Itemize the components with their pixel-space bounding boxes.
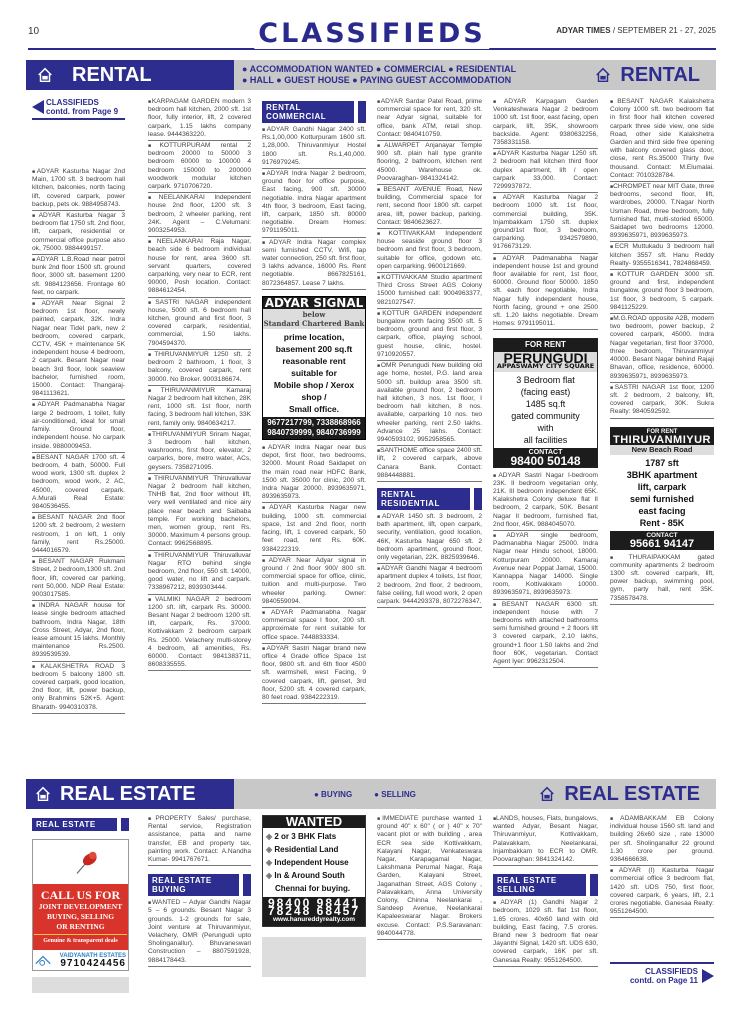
grey-spacer [262,937,366,977]
wanted-item: ◈ In & Around South [266,869,362,882]
classified-ad: ALWARPET Anjanayar Temple 900 sft. plain… [377,142,482,185]
ad-company: VAIDYANATH ESTATES 9710424456 [33,950,128,970]
wanted-tail: Chennai for buying. [266,882,362,895]
ad-line: OR RENTING [34,922,127,935]
display-ad-contact: CONTACT 95661 94147 [610,531,714,549]
classified-ad: WANTED – Adyar Gandhi Nagar 5 – 6 ground… [148,899,251,967]
wanted-item-label: Residential Land [274,845,338,854]
classified-ad: ADYAR Near Adyar signal in ground / 2nd … [262,557,366,608]
display-ad-body: prime location, basement 200 sq.ft reaso… [263,329,365,417]
display-ad-contact: CONTACT 98400 50148 [494,448,597,466]
ad-red-panel: CALL US FOR JOINT DEVELOPMENT BUYING, SE… [33,884,128,950]
classified-ad: ADYAR (1) Gandhi Nagar 2 bedroom, 1029 s… [493,899,598,967]
ad-line: all facilities [494,434,597,446]
grey-spacer [32,977,129,993]
real-estate-column-5: LANDS, houses, Flats, bungalows, wanted … [493,815,598,968]
ad-line: reasonable rent [263,355,365,367]
classified-ad: THIRUVANMIYUR Thiruvalluvar Nagar RTO be… [148,552,251,595]
ad-tagline: Genuine & transparent deals [34,935,127,946]
heading-line: RENTAL [381,490,466,499]
classified-ad: ADYAR 1450 sft. 3 bedroom, 2 bath apartm… [377,513,482,564]
wanted-item: ◈ Independent House [266,856,362,869]
classified-ad: THIRUVANMIYUR Kamaraj Nagar 2 bedroom ha… [148,387,251,430]
real-estate-band-label: REAL ESTATE [26,779,234,809]
classified-ad: ADYAR Padmanabha Nagar large 2 bedroom, … [32,401,125,452]
rental-column-6: BESANT NAGAR Kalakshetra Colony 1000 sft… [610,98,714,606]
display-ad-body: 3 Bedroom flat (facing east) 1485 sq.ft … [494,372,597,448]
page-title: CLASSIFIEDS [254,18,489,49]
classified-ad: KOTTUR GARDEN 3000 sft. ground and first… [610,271,714,314]
classified-ad: VALMIKI NAGAR 2 bedroom 1200 sft. lift, … [148,596,251,672]
ad-website: www.hanureddyrealty.com [263,916,365,924]
classified-ad: THIRUVANMIYUR Thiruvalluvar Nagar 2 bedr… [148,475,251,551]
ad-line: 1787 sft [610,457,714,469]
classified-ad: KOTTIVAKKAM Independent house seaside gr… [377,230,482,273]
ad-phone: 95661 94147 [610,540,714,548]
heading-line: REAL ESTATE [497,876,582,885]
vaidyanath-display-ad: CALL US FOR JOINT DEVELOPMENT BUYING, SE… [32,839,129,971]
ad-line: Mobile shop / Xerox shop / [263,379,365,403]
real-estate-section-band: REAL ESTATE ● BUYING ● SELLING REAL ESTA… [26,779,716,809]
real-estate-column-6: ADAMBAKKAM EB Colony individual house 15… [610,815,714,985]
wanted-item-label: In & Around South [274,871,344,880]
classified-ad: OMR Perungudi New building old age home,… [377,362,482,446]
ad-line: 3 Bedroom flat [494,374,597,386]
classified-ad: ADYAR Gandhi Nagar 4 bedroom apartment d… [377,565,482,608]
classified-ad: ADYAR Sastri Nagar I-bedroom 23K. II bed… [493,472,598,531]
contd-from-title: CLASSIFIEDS [46,98,125,107]
classified-ad: BESANT NAGAR 2nd floor 1200 sft. 2 bedro… [32,514,125,557]
company-phone: 9710424456 [51,960,126,968]
heading-line: RESIDENTIAL [381,499,466,508]
rental-categories-line2: ● HALL ● GUEST HOUSE ● PAYING GUEST ACCO… [242,75,594,86]
classified-ad: LANDS, houses, Flats, bungalows, wanted … [493,815,598,866]
classified-ad: ADYAR Sastri Nagar brand new office 4 Gr… [262,645,366,704]
classified-ad: SASTRI NAGAR 1st floor, 1200 sft. 2 bedr… [610,384,714,419]
rental-title-right: RENTAL [620,64,700,87]
classified-ad: THIRUVANMIYUR Sriram Nagar, 3 bedroom ha… [148,431,251,474]
heading-line: RENTAL [266,103,350,112]
ad-line: semi furnished [610,493,714,505]
classified-ad: M.G.ROAD opposite A2B, modern two bedroo… [610,315,714,383]
classified-ad: ADYAR Karpagam Garden Venkateshwara Naga… [493,98,598,149]
real-estate-column-4: IMMEDIATE purchase wanted 1 ground 40" x… [377,815,482,941]
rental-column-1: CLASSIFIEDS contd. from Page 9 ADYAR Kas… [32,98,125,715]
ad-line: below [263,310,365,319]
rental-column-5: ADYAR Karpagam Garden Venkateshwara Naga… [493,98,598,669]
classified-ad: SASTRI NAGAR independent house, 5000 sft… [148,299,251,350]
ad-line: Small office. [263,403,365,415]
ad-line: with [494,422,597,434]
classified-ad: ADYAR (I) Kasturba Nagar commercial offi… [610,867,714,918]
real-estate-title-right: REAL ESTATE [564,783,700,806]
rental-band-label: RENTAL [26,60,234,90]
adyar-signal-display-ad: ADYAR SIGNAL below Standard Chartered Ba… [262,296,366,440]
display-ad-contact: 98400 98441 78248 68457 www.hanureddyrea… [263,897,365,926]
rental-column-4: ADYAR Sardar Patel Road, prime commercia… [377,98,482,609]
classified-ad: KALAKSHETRA ROAD 3 bedroom 5 balcony 180… [32,663,125,714]
heading-line: SELLING [497,885,582,894]
contd-on-badge: CLASSIFIEDS contd. on Page 11 [610,962,714,985]
category-selling: ● SELLING [374,789,416,800]
classified-ad: ADYAR Near Signal 2 bedroom 1st floor, n… [32,300,125,400]
rental-section-band: RENTAL ● ACCOMMODATION WANTED ● COMMERCI… [26,60,716,90]
ad-line: CALL US FOR [34,888,127,902]
house-icon [538,785,556,803]
contd-on-title: CLASSIFIEDS [610,967,698,976]
contd-from-page: contd. from Page 9 [46,107,125,116]
classified-ad: SANTHOME office space 2400 sft. lift, 2 … [377,447,482,482]
rental-title: RENTAL [72,64,152,87]
wanted-item-label: Independent House [274,858,348,867]
publication-name: ADYAR TIMES [556,26,610,35]
display-ad-place: PERUNGUDI APPASWAMY CITY SQUARE [494,352,597,372]
ad-line: 3BHK apartment [610,469,714,481]
display-ad-header: FOR RENT THIRUVANMIYUR [610,427,714,445]
ad-line: prime location, [263,331,365,343]
ad-phone: 78248 68457 [263,907,365,915]
classified-ad: KOTTURPURAM rental 2 bedroom 20000 to 50… [148,142,251,193]
classified-ad: NEELANKARAI Raja Nagar, beach side 6 bed… [148,238,251,297]
ad-line: Standard Chartered Bank [263,319,365,328]
contd-from-badge: CLASSIFIEDS contd. from Page 9 [32,98,125,120]
display-ad-body: ◈ 2 or 3 BHK Flats ◈ Residential Land ◈ … [263,828,365,897]
category-buying: ● BUYING [314,789,352,800]
classified-ad: BESANT NAGAR Kalakshetra Colony 1000 sft… [610,98,714,182]
classified-ad: BESANT NAGAR Rukmani Street, 2 bedroom,1… [32,558,125,601]
heading-line: REAL ESTATE [152,876,235,885]
classified-ad: ADYAR Padmanabha Nagar independent house… [493,255,598,331]
classified-ad: KOTTUR GARDEN independent bungalow north… [377,310,482,361]
page-number: 10 [28,26,39,37]
classified-ad: ADYAR L.B.Road near petrol bunk 2nd floo… [32,256,125,299]
wanted-item-label: 2 or 3 BHK Flats [274,832,336,841]
ad-road: New Beach Road [610,445,714,455]
heading-line: COMMERCIAL [266,112,350,121]
classified-ad: KOTTIVAKKAM Studio apartment Third Cross… [377,274,482,309]
pushpin-area [33,840,128,884]
ad-line: gated community [494,410,597,422]
classified-ad: ADYAR Kasturba Nagar 1250 sft. 2 bedroom… [493,150,598,193]
classified-ad: ADYAR Indra Nagar 2 bedroom, ground floo… [262,170,366,238]
classified-ad: BESANT NAGAR 1700 sft. 4 bedroom, 4 bath… [32,454,125,513]
wanted-display-ad: WANTED ◈ 2 or 3 BHK Flats ◈ Residential … [262,815,366,927]
wanted-item: ◈ 2 or 3 BHK Flats [266,830,362,843]
ad-line: east facing [610,505,714,517]
heading-line: BUYING [152,885,235,894]
ad-line: lift, carpark [610,481,714,493]
classified-ad: ADYAR Kasturba Nagar 2nd Main, 1700 sft.… [32,168,125,211]
perungudi-display-ad: FOR RENT PERUNGUDI APPASWAMY CITY SQUARE… [493,338,598,467]
display-ad-phones: 9677217799, 7338868966 9840739999, 98407… [263,417,365,439]
rental-column-3: RENTAL COMMERCIAL ADYAR Gandhi Nagar 240… [262,98,366,705]
classified-ad: ADYAR Kasturba Nagar 2 bedroom 1000 sft.… [493,194,598,253]
real-estate-column-2: PROPERTY Sales/ purchase, Rental service… [148,815,251,968]
real-estate-column-3: WANTED ◈ 2 or 3 BHK Flats ◈ Residential … [262,815,366,977]
classified-ad: PROPERTY Sales/ purchase, Rental service… [148,815,251,866]
classified-ad: ADYAR Sardar Patel Road, prime commercia… [377,98,482,141]
real-estate-column-1: REAL ESTATE CALL US FOR JOINT DEVELOPMEN… [32,815,129,993]
wanted-item: ◈ Residential Land [266,843,362,856]
real-estate-band-right: REAL ESTATE [538,783,716,806]
ad-line: basement 200 sq.ft [263,343,365,355]
ad-phone: 9840739999, 9840736999 [263,428,365,438]
display-ad-title: ADYAR SIGNAL [263,297,365,309]
classified-ad: KARPAGAM GARDEN modern 3 bedroom hall ki… [148,98,251,141]
issue-date: / SEPTEMBER 21 - 27, 2025 [611,26,716,35]
rental-residential-heading: RENTAL RESIDENTIAL [377,488,470,510]
real-estate-buying-heading: REAL ESTATE BUYING [148,874,239,896]
house-icon [34,785,52,803]
ad-line: 1485 sq.ft [494,398,597,410]
classified-ad: ADYAR Gandhi Nagar 2400 sft. Rs.1,00,000… [262,126,366,169]
real-estate-categories: ● BUYING ● SELLING [234,789,538,800]
real-estate-heading: REAL ESTATE [32,818,117,831]
real-estate-title: REAL ESTATE [60,783,196,806]
classified-ad: ADYAR Kasturba Nagar new building, 1000 … [262,504,366,555]
pushpin-icon [71,846,101,880]
ad-line: suitable for [263,367,365,379]
classified-ad: ADYAR Indra Nagar near bus depot, first … [262,444,366,503]
ad-phone: 98400 50148 [494,457,597,465]
classified-ad: ADYAR Indra Nagar complex semi furnished… [262,239,366,290]
ad-project: APPASWAMY CITY SQUARE [494,362,597,370]
ad-phone: 9677217799, 7338868966 [263,418,365,428]
classified-ad: IMMEDIATE purchase wanted 1 ground 40" x… [377,815,482,940]
rental-band-right: RENTAL [594,64,716,87]
real-estate-selling-heading: REAL ESTATE SELLING [493,874,586,896]
rental-categories-line1: ● ACCOMMODATION WANTED ● COMMERCIAL ● RE… [242,64,594,75]
classified-ad: THIRUVANMIYUR 1250 sft. 2 bedroom 2 bath… [148,351,251,386]
display-ad-body: 1787 sft 3BHK apartment lift, carpark se… [610,455,714,531]
arrow-right-icon [702,969,714,983]
classified-ad: THURAIPAKKAM gated community apartments … [610,554,714,605]
thiruvanmiyur-display-ad: FOR RENT THIRUVANMIYUR New Beach Road 17… [610,427,714,550]
classified-ad: NEELANKARAI Independent house 2nd floor,… [148,194,251,237]
display-ad-subhead: below Standard Chartered Bank [263,309,365,329]
house-icon [594,66,612,84]
classified-ad: ADYAR Padmanabha Nagar commercial space … [262,609,366,644]
classified-ad: BESANT NAGAR 6300 sft. independent house… [493,601,598,669]
ad-place: PERUNGUDI [494,354,597,362]
classified-ad: CHROMPET near MIT Gate, three bedrooms, … [610,183,714,242]
house-icon [36,66,54,84]
ad-line: (facing east) [494,386,597,398]
estate-logo-icon [35,954,51,967]
ad-line: BUYING, SELLING [34,912,127,922]
classified-ad: ADAMBAKKAM EB Colony individual house 15… [610,815,714,866]
contd-on-page: contd. on Page 11 [610,976,698,985]
rental-categories: ● ACCOMMODATION WANTED ● COMMERCIAL ● RE… [234,64,594,86]
issue-info: ADYAR TIMES / SEPTEMBER 21 - 27, 2025 [556,26,716,35]
arrow-left-icon [32,100,44,114]
classified-ad: INDRA NAGAR house for lease single bedro… [32,602,125,661]
display-ad-title: WANTED [263,816,365,828]
rental-column-2: KARPAGAM GARDEN modern 3 bedroom hall ki… [148,98,251,672]
classified-ad: ADYAR single bedroom, Padmanabha Nagar 2… [493,532,598,600]
classified-ad: BESANT AVENUE Road, New building, Commer… [377,186,482,229]
masthead: 10 CLASSIFIEDS ADYAR TIMES / SEPTEMBER 2… [28,18,716,48]
rental-commercial-heading: RENTAL COMMERCIAL [262,101,354,123]
classified-ad: ECR Muttukadu 3 bedroom hall kitchen 355… [610,243,714,270]
ad-line: Rent - 85K [610,517,714,529]
classified-ad: ADYAR Kasturba Nagar 3 bedroom flat 1750… [32,212,125,255]
ad-place: THIRUVANMIYUR [610,436,714,444]
ad-line: JOINT DEVELOPMENT [34,902,127,912]
